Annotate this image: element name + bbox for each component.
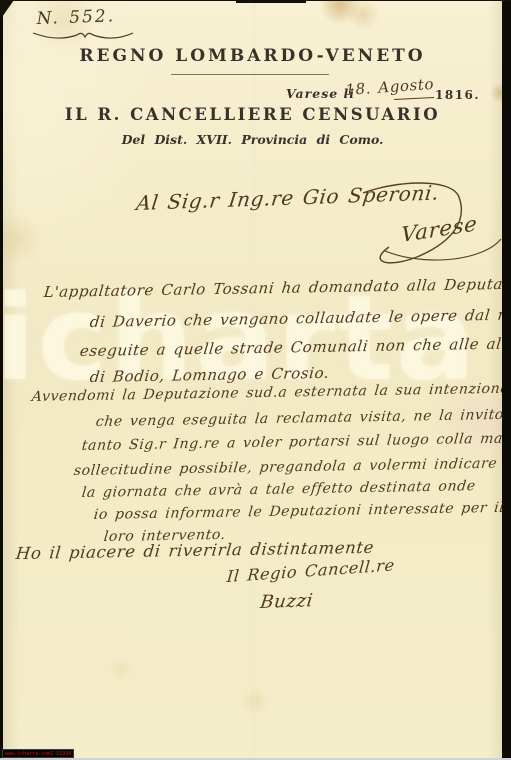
- reference-number: N. 552.: [36, 6, 115, 29]
- scan-top-notch: [236, 0, 306, 3]
- closing-salutation: Ho il piacere di riverirla distintamente: [15, 538, 375, 563]
- kingdom-title: REGNO LOMBARDO-VENETO: [3, 46, 502, 66]
- scan-edge-right: [502, 0, 511, 760]
- body-p2-line6: io possa informare le Deputazioni intere…: [93, 500, 502, 523]
- dateline-year: 1816.: [435, 88, 480, 102]
- district-subtitle: Del Dist. XVII. Provincia di Como.: [3, 132, 502, 147]
- seller-watermark-bar: www.icharta.com I-51936: [2, 749, 74, 758]
- signature-name: Buzzi: [259, 590, 314, 613]
- office-title: IL R. CANCELLIERE CENSUARIO: [3, 105, 502, 124]
- dateline-handwritten-date: 18. Agosto: [345, 75, 435, 99]
- body-p2-line5: la giornata che avrà a tale effetto dest…: [81, 478, 476, 501]
- title-underline: [171, 74, 329, 75]
- body-p2-line3: tanto Sig.r Ing.re a voler portarsi sul …: [81, 430, 502, 454]
- signer-title: Il Regio Cancell.re: [226, 555, 396, 586]
- body-p1-line4: di Bodio, Lomnago e Crosio.: [89, 364, 330, 386]
- body-p1-line1: L'appaltatore Carlo Tossani ha domandato…: [43, 274, 502, 301]
- body-p2-line2: che venga eseguita la reclamata visita, …: [95, 406, 502, 430]
- body-p2-line4: sollecitudine possibile, pregandola a vo…: [73, 456, 498, 479]
- dateline-dash: [394, 97, 434, 100]
- seller-url: www.icharta.com: [5, 751, 50, 757]
- reference-underline-flourish: [31, 29, 135, 43]
- body-p1-line3: eseguite a quelle strade Comunali non ch…: [79, 334, 502, 360]
- seller-code: I-51936: [50, 751, 71, 757]
- paper-sheet: icharta N. 552. REGNO LOMBARDO-VENETO Va…: [3, 1, 502, 758]
- scan-edge-left: [0, 0, 3, 760]
- body-p1-line2: di Daverio che vengano collaudate le ope…: [89, 304, 502, 331]
- scanned-letter: icharta N. 552. REGNO LOMBARDO-VENETO Va…: [0, 0, 511, 760]
